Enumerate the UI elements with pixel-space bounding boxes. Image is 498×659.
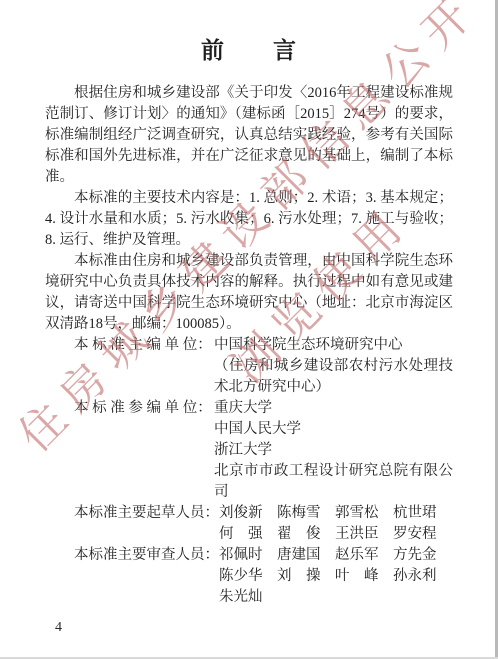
document-page: 住房城乡建设部信息公开 浏览使用 前 言 根据住房和城乡建设部《关于印发〈201… <box>0 0 498 659</box>
credits-items: 中国科学院生态环境研究中心 （住房和城乡建设部农村污水处理技术北方研究中心） <box>214 335 453 398</box>
credits-item: 何 强 翟 俊 王洪臣 罗安程 <box>219 524 453 545</box>
credits-item: 中国科学院生态环境研究中心 <box>214 335 453 356</box>
page-title: 前 言 <box>45 32 453 65</box>
credits-item: 北京市市政工程设计研究总院有限公司 <box>214 461 453 503</box>
paragraph-management: 本标准由住房和城乡建设部负责管理，由中国科学院生态环境研究中心负责具体技术内容的… <box>45 251 453 335</box>
credits-label: 本 标 准 参 编 单 位： <box>74 398 214 419</box>
credits-label: 本标准主要审查人员： <box>74 545 219 566</box>
credits-item: （住房和城乡建设部农村污水处理技术北方研究中心） <box>214 356 453 398</box>
credits-row-drafters: 本标准主要起草人员： 刘俊新 陈梅雪 郭雪松 杭世珺 何 强 翟 俊 王洪臣 罗… <box>45 503 453 545</box>
credits-row-chief-editor: 本 标 准 主 编 单 位： 中国科学院生态环境研究中心 （住房和城乡建设部农村… <box>45 335 453 398</box>
credits-item: 祁佩时 唐建国 赵乐军 方先金 <box>219 545 453 566</box>
credits-item: 陈少华 刘 操 叶 峰 孙永利 <box>219 566 453 587</box>
credits-items: 重庆大学 中国人民大学 浙江大学 北京市市政工程设计研究总院有限公司 <box>214 398 453 503</box>
credits-label: 本标准主要起草人员： <box>74 503 219 524</box>
credits-row-reviewers: 本标准主要审查人员： 祁佩时 唐建国 赵乐军 方先金 陈少华 刘 操 叶 峰 孙… <box>45 545 453 608</box>
credits-items: 祁佩时 唐建国 赵乐军 方先金 陈少华 刘 操 叶 峰 孙永利 朱光灿 <box>219 545 453 608</box>
credits-label: 本 标 准 主 编 单 位： <box>74 335 214 356</box>
page-number: 4 <box>55 620 62 636</box>
credits-item: 朱光灿 <box>219 587 453 608</box>
credits-item: 刘俊新 陈梅雪 郭雪松 杭世珺 <box>219 503 453 524</box>
paragraph-basis: 根据住房和城乡建设部《关于印发〈2016年工程建设标准规范制订、修订计划〉的通知… <box>45 83 453 188</box>
credits-item: 中国人民大学 <box>214 419 453 440</box>
credits-row-co-editors: 本 标 准 参 编 单 位： 重庆大学 中国人民大学 浙江大学 北京市市政工程设… <box>45 398 453 503</box>
credits-items: 刘俊新 陈梅雪 郭雪松 杭世珺 何 强 翟 俊 王洪臣 罗安程 <box>219 503 453 545</box>
credits-item: 重庆大学 <box>214 398 453 419</box>
credits-item: 浙江大学 <box>214 440 453 461</box>
paragraph-contents: 本标准的主要技术内容是：1. 总则；2. 术语；3. 基本规定；4. 设计水量和… <box>45 188 453 251</box>
page-content: 前 言 根据住房和城乡建设部《关于印发〈2016年工程建设标准规范制订、修订计划… <box>0 0 498 608</box>
